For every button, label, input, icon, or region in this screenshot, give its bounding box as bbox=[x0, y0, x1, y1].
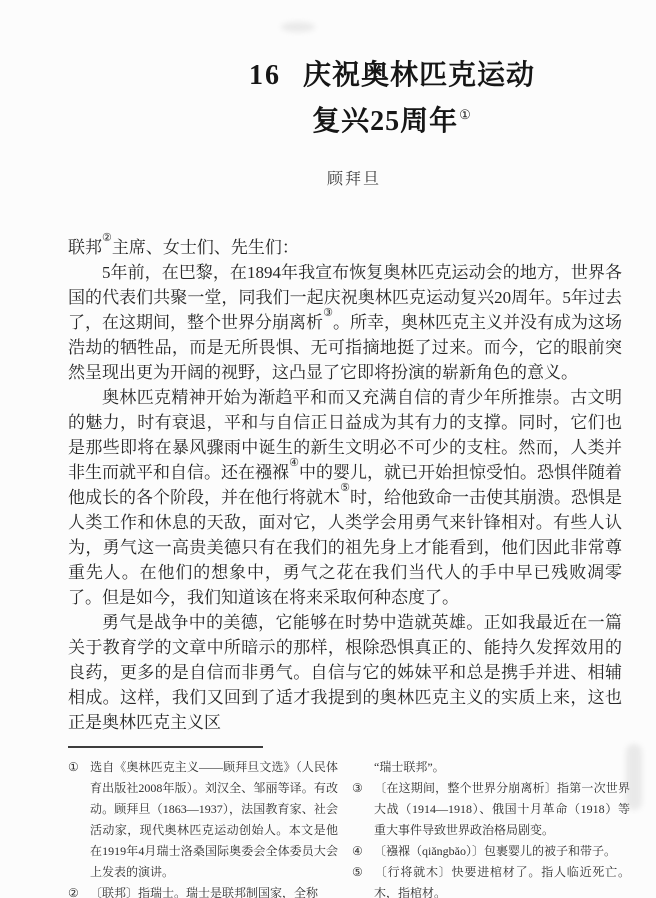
footnote-marker: ④ bbox=[352, 841, 374, 862]
scan-artifact bbox=[281, 22, 315, 32]
footnote-text: “瑞士联邦”。 bbox=[374, 760, 445, 774]
footnote-1: ①选自《奥林匹克主义——顾拜旦文选》（人民体育出版社2008年版）。刘汉全、邹丽… bbox=[68, 757, 338, 883]
article-body: 联邦②主席、女士们、先生们： 5年前，在巴黎，在1894年我宣布恢复奥林匹克运动… bbox=[68, 235, 622, 735]
author-name: 顾拜旦 bbox=[26, 166, 656, 189]
scan-artifact bbox=[626, 744, 642, 810]
footnote-marker: ③ bbox=[352, 778, 374, 799]
title-text: 复兴25周年 bbox=[312, 106, 458, 137]
footnote-3: ③〔在这期间，整个世界分崩离析〕指第一次世界大战（1914—1918）、俄国十月… bbox=[352, 778, 630, 841]
salutation: 联邦②主席、女士们、先生们： bbox=[68, 235, 622, 260]
footnote-ref-3: ③ bbox=[323, 307, 333, 319]
paragraph-3: 勇气是战争中的美德，它能够在时势中造就英雄。正如我最近在一篇关于教育学的文章中所… bbox=[68, 610, 622, 735]
lesson-number: 16 bbox=[249, 60, 281, 91]
footnote-text: 〔襁褓（qiǎngbǎo）〕包裹婴儿的被子和带子。 bbox=[374, 844, 616, 858]
footnote-4: ④〔襁褓（qiǎngbǎo）〕包裹婴儿的被子和带子。 bbox=[352, 841, 630, 862]
salutation-text: 联邦 bbox=[68, 238, 102, 257]
footnote-ref-2: ② bbox=[102, 232, 112, 244]
footnote-2: ②〔联邦〕指瑞士。瑞士是联邦制国家，全称 bbox=[68, 883, 338, 898]
footnote-marker: ② bbox=[68, 883, 90, 898]
salutation-text: 主席、女士们、先生们： bbox=[112, 238, 299, 257]
footnote-divider bbox=[68, 746, 263, 748]
footnote-text: 〔在这期间，整个世界分崩离析〕指第一次世界大战（1914—1918）、俄国十月革… bbox=[374, 781, 630, 837]
footnote-text: 〔行将就木〕快要进棺材了。指人临近死亡。木，指棺材。 bbox=[374, 865, 630, 898]
footnote-2-continuation: “瑞士联邦”。 bbox=[352, 757, 630, 778]
textbook-page: 16庆祝奥林匹克运动 复兴25周年① 顾拜旦 联邦②主席、女士们、先生们： 5年… bbox=[0, 0, 656, 898]
paragraph-text: 勇气是战争中的美德，它能够在时势中造就英雄。正如我最近在一篇关于教育学的文章中所… bbox=[68, 613, 622, 732]
footnote-column-right: “瑞士联邦”。 ③〔在这期间，整个世界分崩离析〕指第一次世界大战（1914—19… bbox=[352, 757, 630, 898]
footnotes-section: ①选自《奥林匹克主义——顾拜旦文选》（人民体育出版社2008年版）。刘汉全、邹丽… bbox=[68, 757, 630, 898]
footnote-text: 〔联邦〕指瑞士。瑞士是联邦制国家，全称 bbox=[90, 886, 318, 898]
title-line-1: 16庆祝奥林匹克运动 bbox=[64, 60, 656, 92]
footnote-column-left: ①选自《奥林匹克主义——顾拜旦文选》（人民体育出版社2008年版）。刘汉全、邹丽… bbox=[68, 757, 338, 898]
footnote-text: 选自《奥林匹克主义——顾拜旦文选》（人民体育出版社2008年版）。刘汉全、邹丽等… bbox=[90, 760, 338, 879]
footnote-marker: ⑤ bbox=[352, 862, 374, 883]
title-text: 庆祝奥林匹克运动 bbox=[303, 60, 535, 91]
paragraph-2: 奥林匹克精神开始为渐趋平和而又充满自信的青少年所推崇。古文明的魅力，时有衰退，平… bbox=[68, 385, 622, 610]
footnote-ref-5: ⑤ bbox=[340, 482, 350, 494]
footnote-ref-4: ④ bbox=[289, 457, 299, 469]
footnote-marker: ① bbox=[68, 757, 90, 778]
footnote-ref-1: ① bbox=[459, 107, 472, 122]
paragraph-1: 5年前，在巴黎，在1894年我宣布恢复奥林匹克运动会的地方，世界各国的代表们共聚… bbox=[68, 260, 622, 385]
title-line-2: 复兴25周年① bbox=[64, 106, 656, 138]
lesson-title-block: 16庆祝奥林匹克运动 复兴25周年① bbox=[64, 60, 656, 138]
footnote-5: ⑤〔行将就木〕快要进棺材了。指人临近死亡。木，指棺材。 bbox=[352, 862, 630, 898]
